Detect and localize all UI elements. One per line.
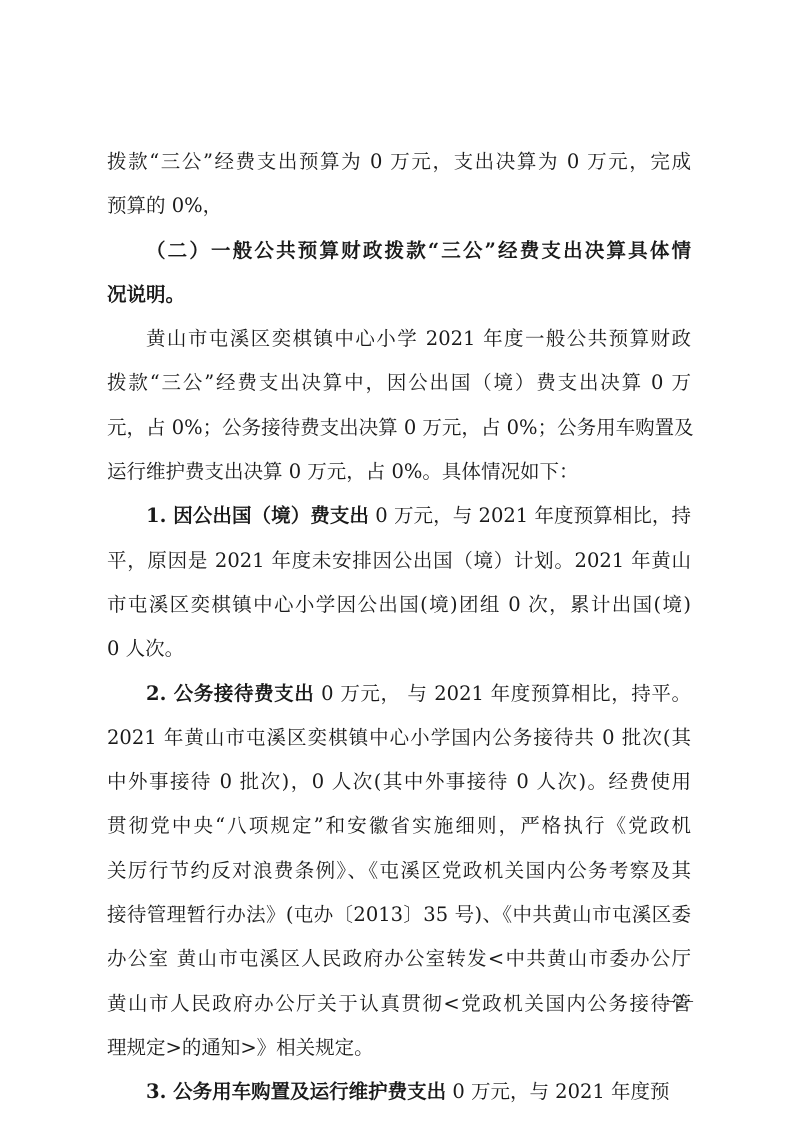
text-line: 接待管理暂行办法》(屯办〔2013〕35 号)、《中共黄山市屯溪区委 (107, 893, 691, 937)
item-3-heading: 3. 公务用车购置及运行维护费支出 (146, 1080, 446, 1103)
text-run: 0 万元，与 2021 年度预算相比，持 (369, 504, 691, 527)
text-line: 平，原因是 2021 年度未安排因公出国（境）计划。2021 年黄山 (107, 539, 691, 583)
text-line: 黄山市屯溪区奕棋镇中心小学 2021 年度一般公共预算财政 (107, 317, 691, 361)
text-line: 理规定>的通知>》相关规定。 (107, 1026, 691, 1070)
item-3-first-line: 3. 公务用车购置及运行维护费支出 0 万元，与 2021 年度预 (107, 1070, 691, 1114)
text-line: 2021 年黄山市屯溪区奕棋镇中心小学国内公务接待共 0 批次(其 (107, 716, 691, 760)
text-line: 市屯溪区奕棋镇中心小学因公出国(境)团组 0 次，累计出国(境) (107, 583, 691, 627)
item-2-heading: 2. 公务接待费支出 (146, 682, 314, 705)
text-run: 0 万元，与 2021 年度预 (446, 1080, 669, 1103)
text-line: 0 人次。 (107, 627, 691, 671)
item-1-heading: 1. 因公出国（境）费支出 (146, 504, 369, 527)
text-line: 黄山市人民政府办公厅关于认真贯彻<党政机关国内公务接待管 (107, 982, 691, 1026)
text-line: 元，占 0%；公务接待费支出决算 0 万元，占 0%；公务用车购置及 (107, 406, 691, 450)
text-line: 拨款“三公”经费支出预算为 0 万元，支出决算为 0 万元，完成 (107, 140, 691, 184)
text-line: 办公室 黄山市屯溪区人民政府办公室转发<中共黄山市委办公厅 (107, 937, 691, 981)
text-line: 贯彻党中央“八项规定”和安徽省实施细则，严格执行《党政机 (107, 804, 691, 848)
section-heading: （二）一般公共预算财政拨款“三公”经费支出决算具体情 (107, 229, 691, 273)
text-line: 拨款“三公”经费支出决算中，因公出国（境）费支出决算 0 万 (107, 361, 691, 405)
text-line: 运行维护费支出决算 0 万元，占 0%。具体情况如下： (107, 450, 691, 494)
item-1-first-line: 1. 因公出国（境）费支出 0 万元，与 2021 年度预算相比，持 (107, 494, 691, 538)
text-line: 预算的 0%， (107, 184, 691, 228)
text-line: 关厉行节约反对浪费条例》、《屯溪区党政机关国内公务考察及其 (107, 849, 691, 893)
document-page: 拨款“三公”经费支出预算为 0 万元，支出决算为 0 万元，完成 预算的 0%，… (107, 140, 691, 1115)
section-heading: 况说明。 (107, 273, 691, 317)
item-2-first-line: 2. 公务接待费支出 0 万元， 与 2021 年度预算相比，持平。 (107, 672, 691, 716)
page-number: −2− (660, 992, 700, 1012)
text-run: 0 万元， 与 2021 年度预算相比，持平。 (314, 682, 691, 705)
text-line: 中外事接待 0 批次)，0 人次(其中外事接待 0 人次)。经费使用 (107, 760, 691, 804)
